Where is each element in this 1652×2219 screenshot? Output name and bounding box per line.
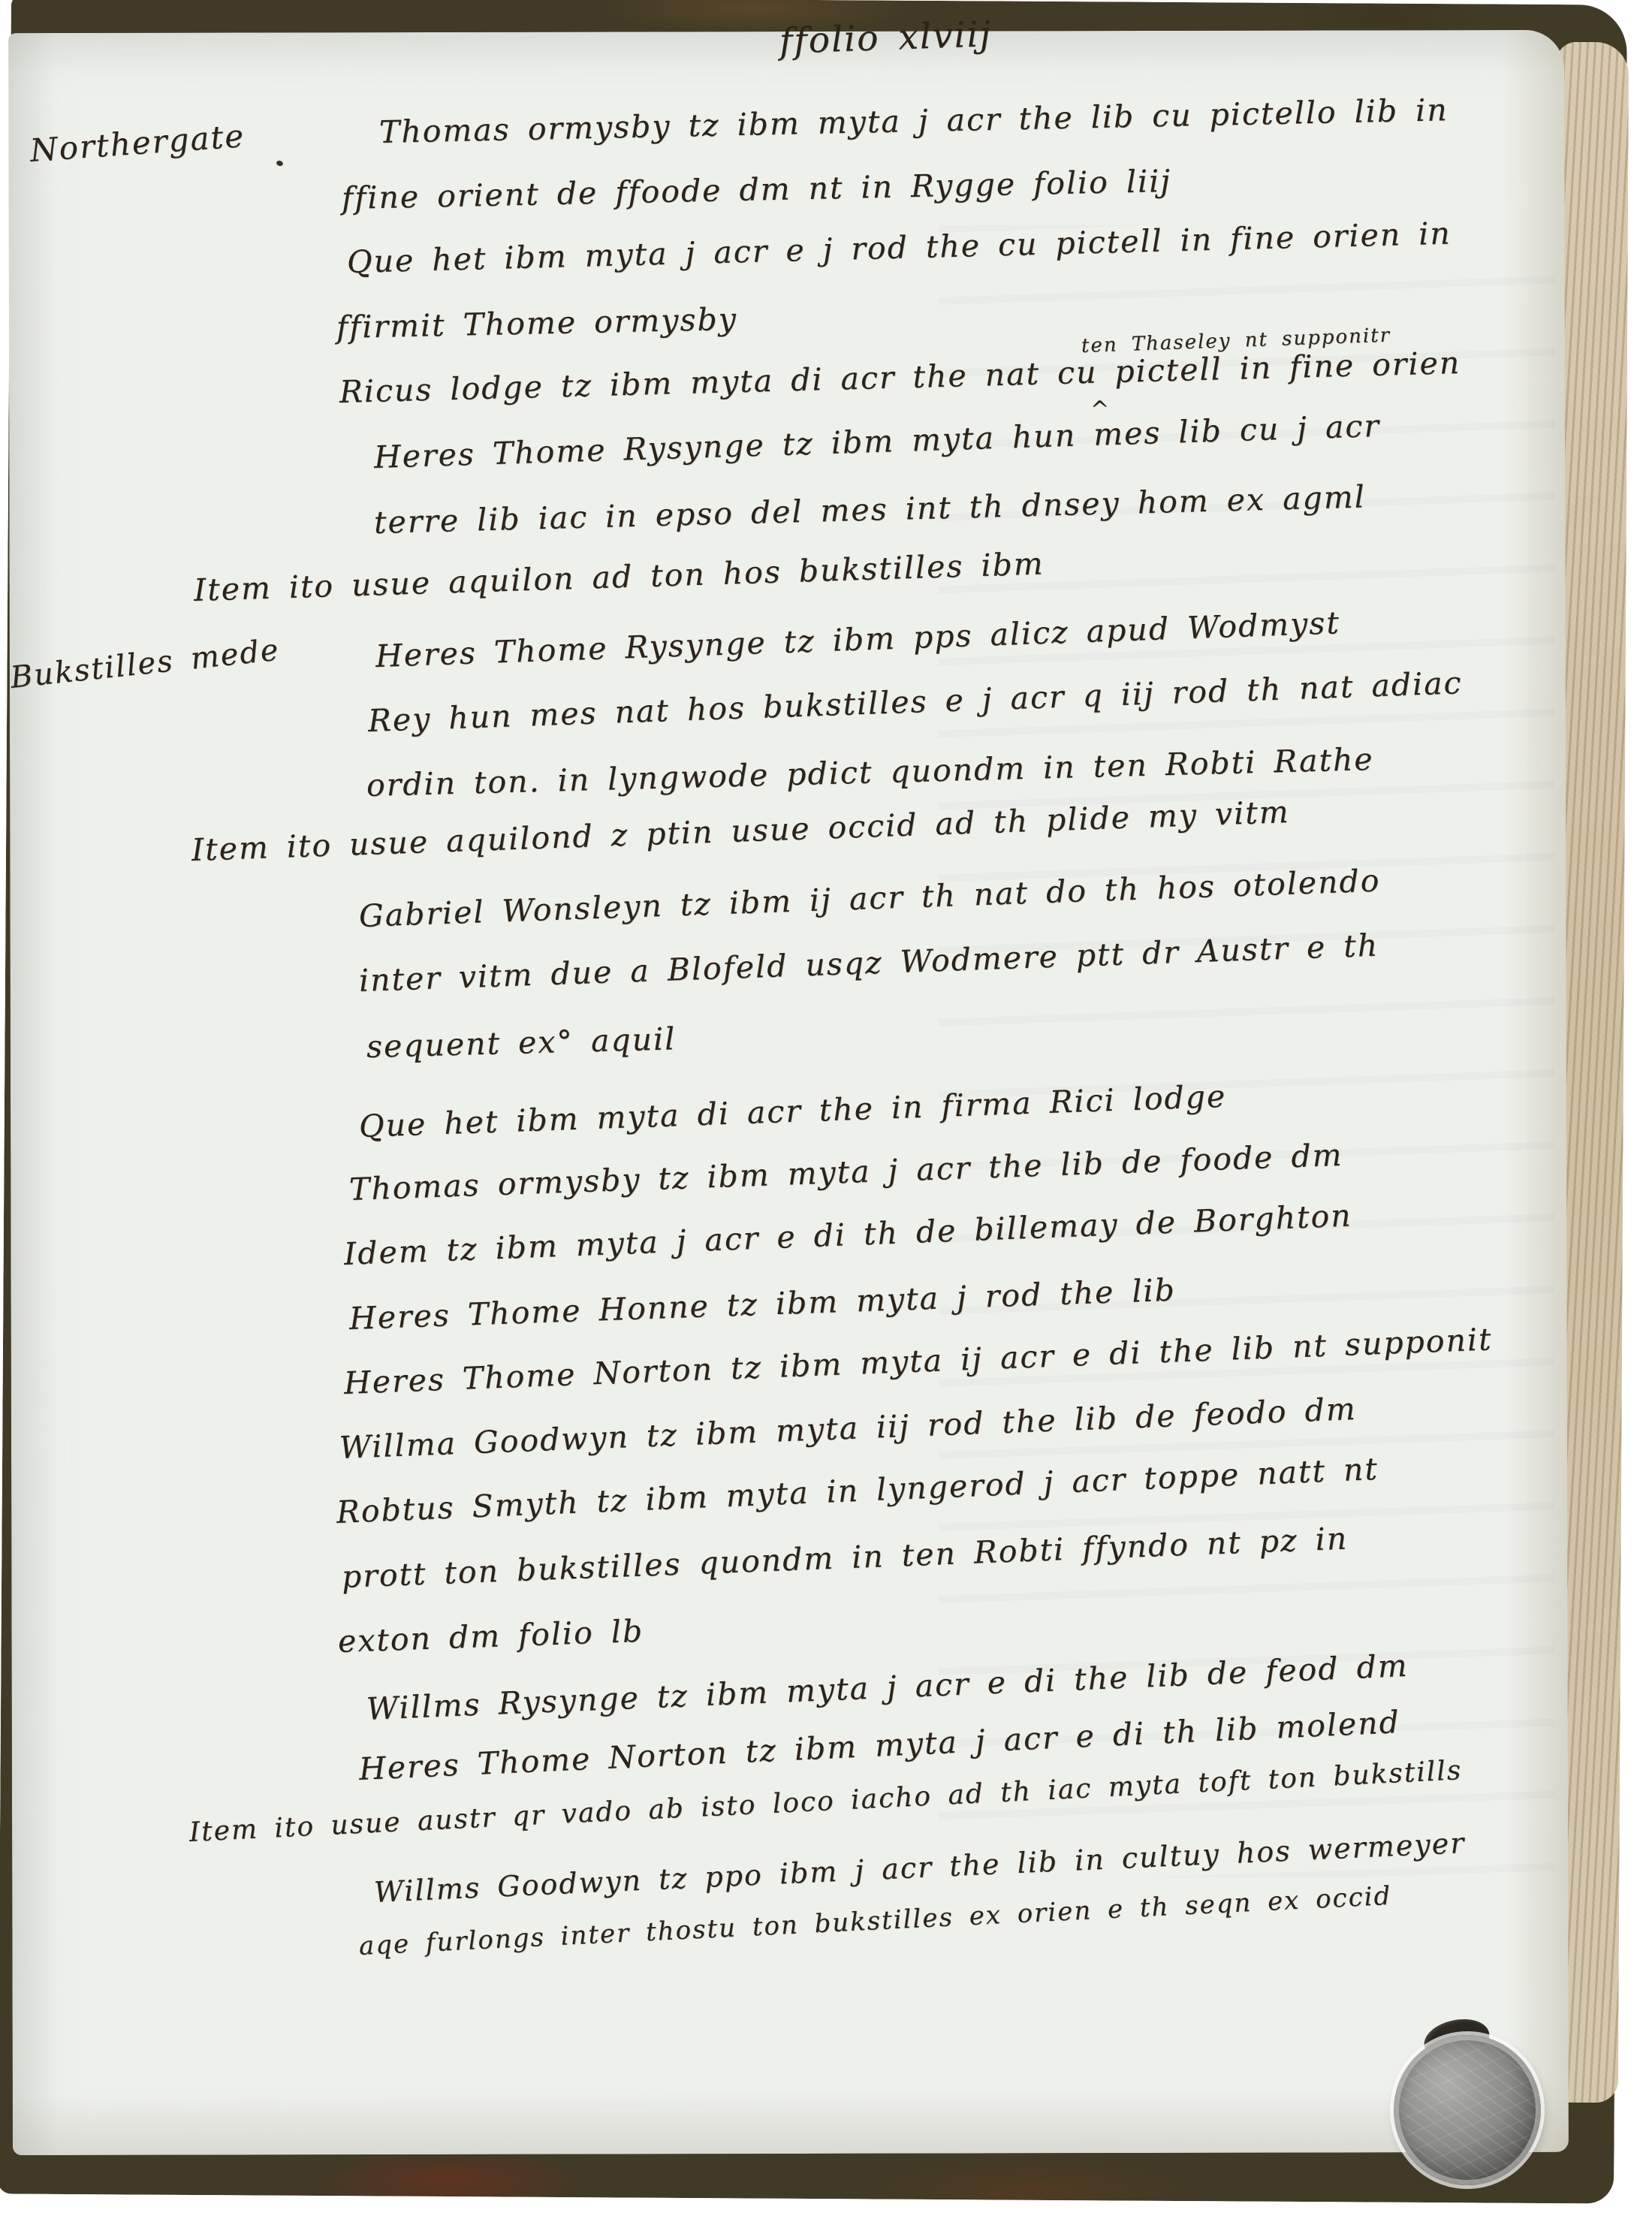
manuscript-line: Heres Thome Norton tz ibm myta ij acr e … <box>343 1321 1493 1401</box>
manuscript-line: sequent ex° aquil <box>366 1021 676 1065</box>
manuscript-line: Item ito usue aquilond z ptin usue occid… <box>191 794 1290 868</box>
handwritten-text-layer: ffolio xlviij Northergate Bukstilles med… <box>0 0 1652 2219</box>
folio-number-heading: ffolio xlviij <box>779 14 993 62</box>
manuscript-line: Que het ibm myta di acr the in firma Ric… <box>358 1078 1227 1144</box>
manuscript-line: Heres Thome Honne tz ibm myta j rod the … <box>348 1272 1176 1337</box>
manuscript-line: ffirmit Thome ormysby <box>336 301 737 345</box>
manuscript-line: inter vitm due a Blofeld usqz Wodmere pt… <box>358 927 1379 999</box>
manuscript-line: ffine orient de ffoode dm nt in Rygge fo… <box>341 163 1171 216</box>
manuscript-line: Robtus Smyth tz ibm myta in lyngerod j a… <box>336 1451 1379 1530</box>
manuscript-line: Rey hun mes nat hos bukstilles e j acr q… <box>367 665 1463 739</box>
manuscript-line: Willma Goodwyn tz ibm myta iij rod the l… <box>339 1391 1357 1466</box>
manuscript-line: Idem tz ibm myta j acr e di th de billem… <box>343 1197 1352 1272</box>
manuscript-line: exton dm folio lb <box>337 1613 644 1660</box>
manuscript-line: Heres Thome Rysynge tz ibm pps alicz apu… <box>375 604 1340 674</box>
manuscript-line: Item ito usue aquilon ad ton hos bukstil… <box>193 545 1045 608</box>
metal-paperweight <box>1394 2035 1541 2185</box>
manuscript-line: Thomas ormysby tz ibm myta j acr the lib… <box>348 1137 1343 1207</box>
margin-note-bukstilles-mede: Bukstilles mede <box>9 632 282 695</box>
manuscript-line: Ricus lodge tz ibm myta di acr the nat c… <box>339 345 1461 410</box>
manuscript-photo: ffolio xlviij Northergate Bukstilles med… <box>0 0 1652 2219</box>
manuscript-line: Heres Thome Rysynge tz ibm myta hun mes … <box>373 408 1380 475</box>
manuscript-line: terre lib iac in epso del mes int th dns… <box>373 478 1366 541</box>
manuscript-line: Que het ibm myta j acr e j rod the cu pi… <box>346 215 1452 279</box>
manuscript-line: Thomas ormysby tz ibm myta j acr the lib… <box>378 92 1449 150</box>
manuscript-line: ordin ton. in lyngwode pdict quondm in t… <box>366 741 1374 803</box>
manuscript-line: Gabriel Wonsleyn tz ibm ij acr th nat do… <box>358 863 1381 934</box>
manuscript-line: prott ton bukstilles quondm in ten Robti… <box>341 1521 1349 1595</box>
margin-note-northergate: Northergate <box>29 117 246 169</box>
